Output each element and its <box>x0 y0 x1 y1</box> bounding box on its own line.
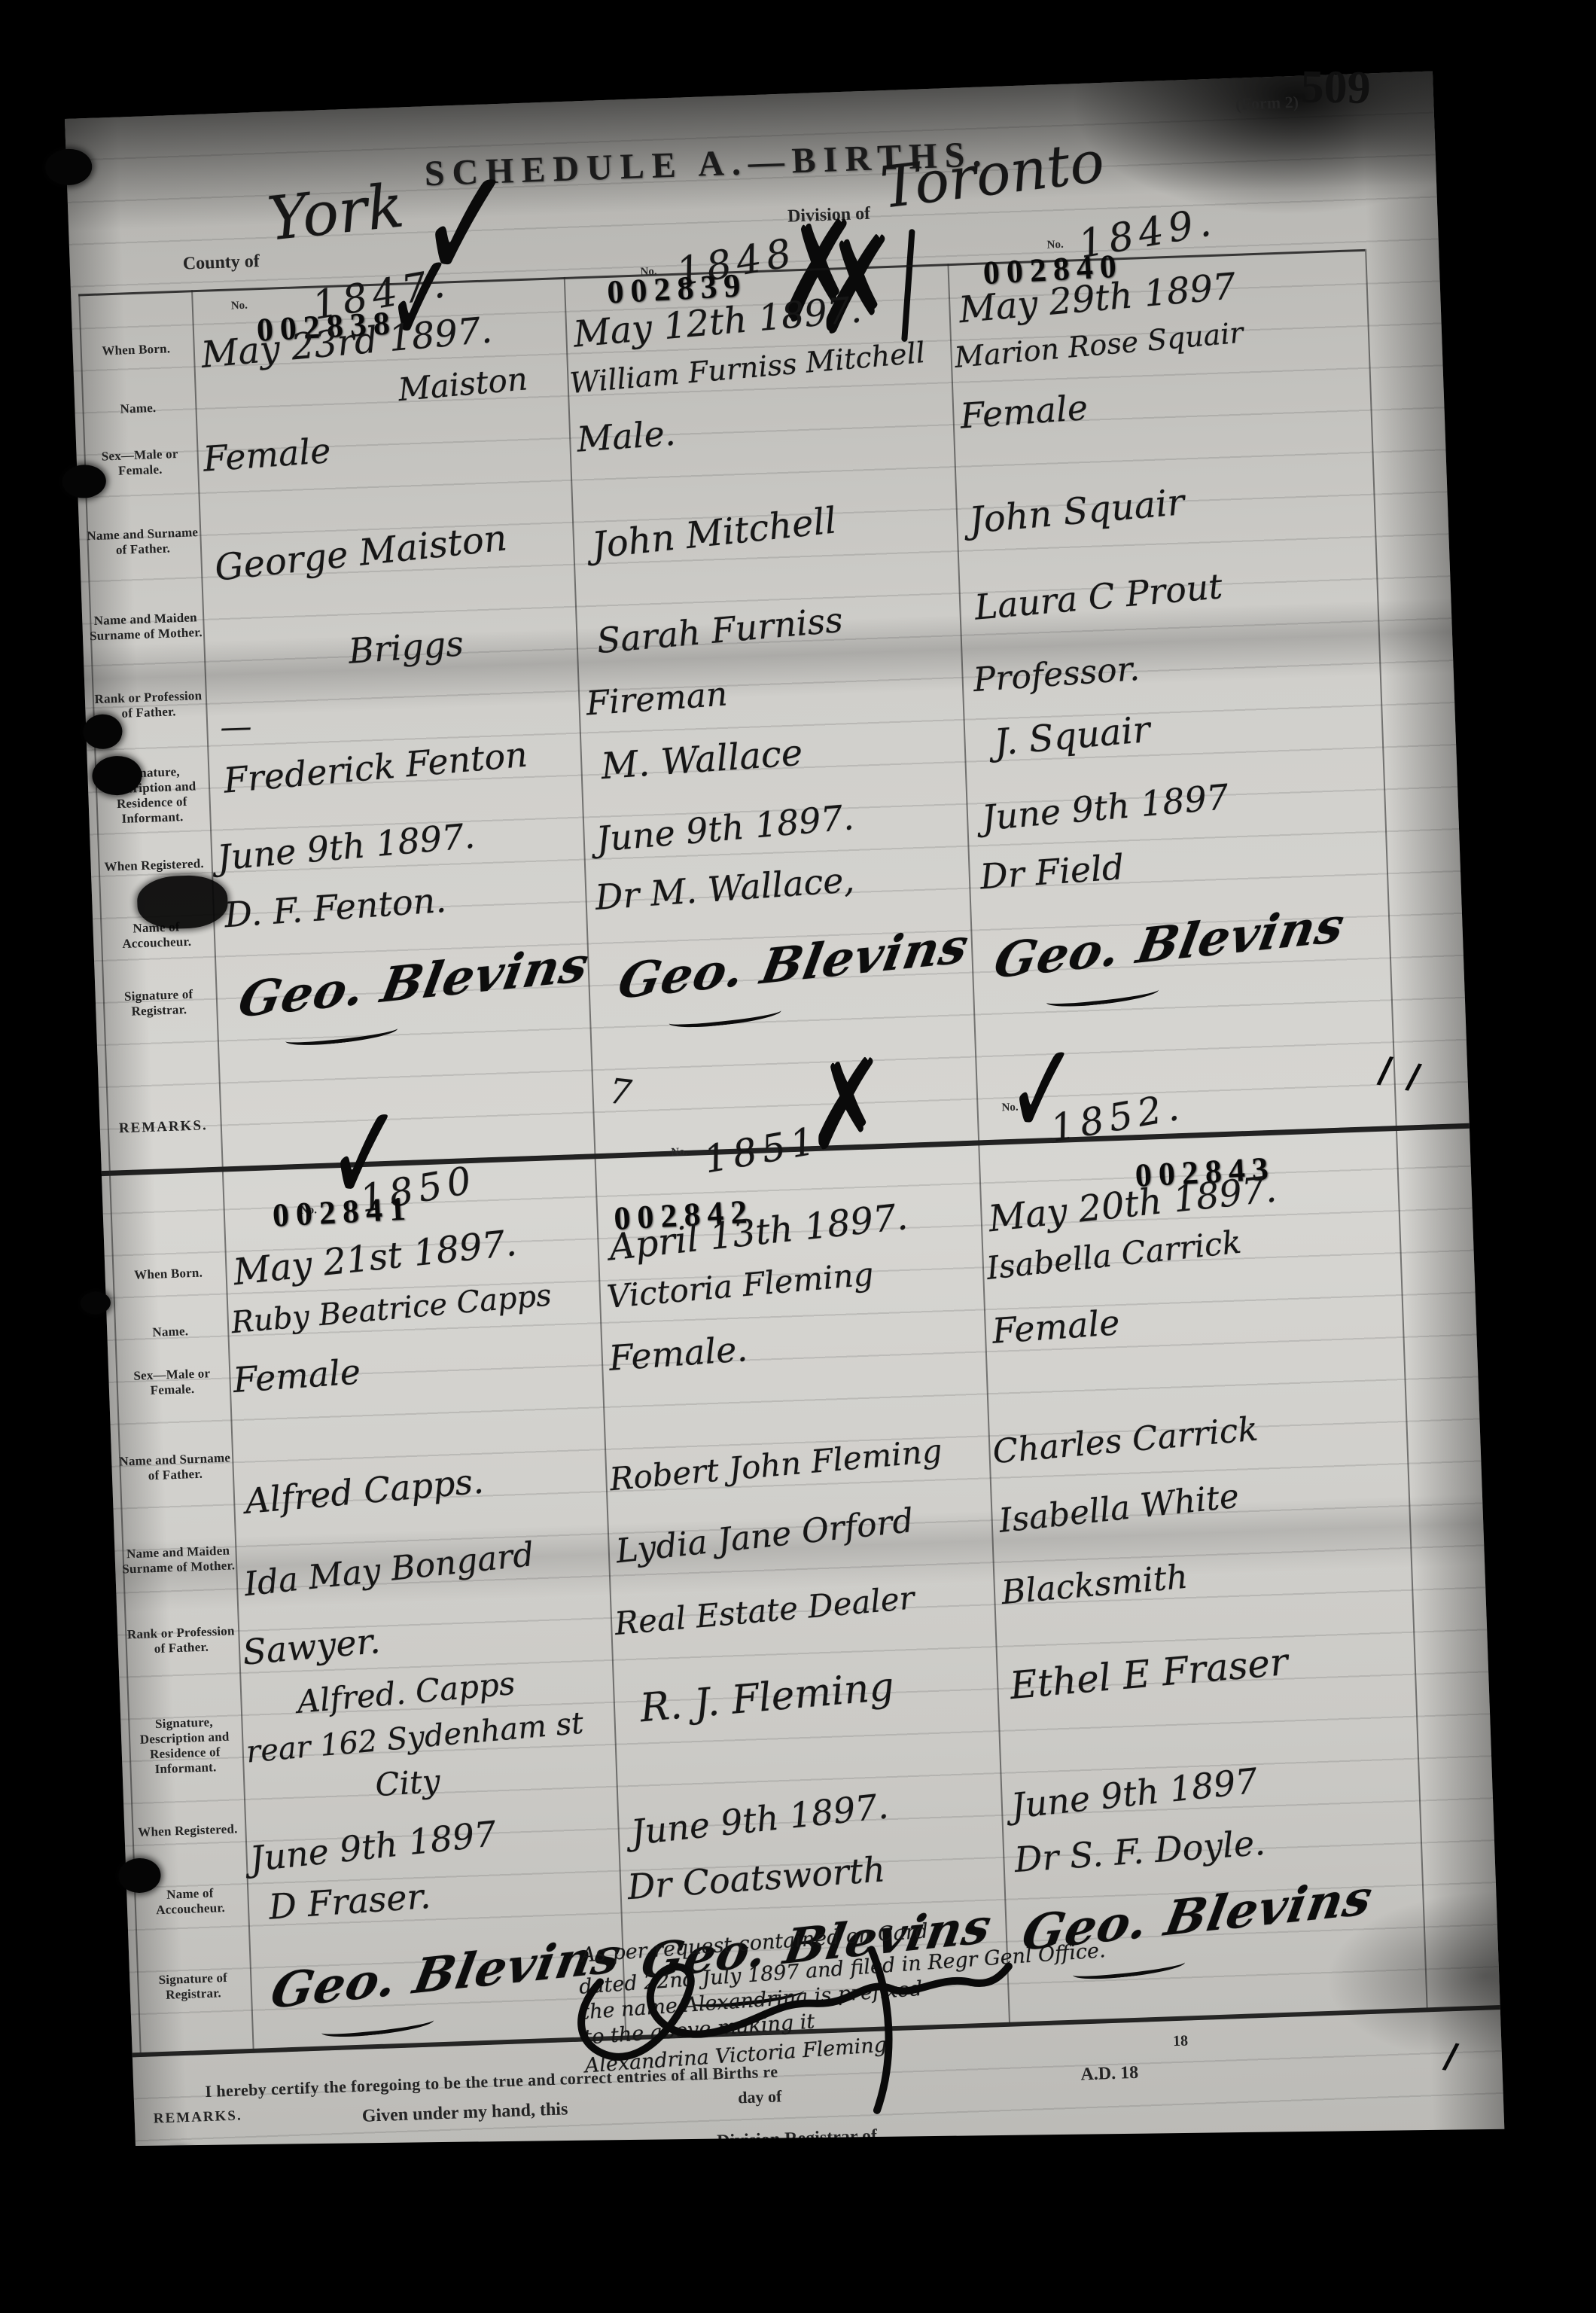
signature-flourish-2 <box>668 1003 781 1031</box>
informant-4-line2: rear 162 Sydenham st <box>245 1706 585 1770</box>
stamp-number-4: 002841 <box>272 1189 413 1235</box>
hand-number-5: 1851 <box>701 1118 824 1181</box>
signature-flourish-3 <box>1046 983 1159 1010</box>
sex-1: Female <box>202 430 332 480</box>
accoucheur-5: Dr Coatsworth <box>626 1848 887 1907</box>
registered-6: June 9th 1897 <box>1010 1760 1259 1827</box>
signature-flourish-1 <box>285 1021 398 1049</box>
registrar-signature-6: Geo. Blevins <box>1018 1870 1377 1962</box>
rank-6: Blacksmith <box>1000 1558 1189 1612</box>
mother-name-2: Sarah Furniss <box>595 599 844 661</box>
mother-name-5: Lydia Jane Orford <box>614 1501 915 1571</box>
row-label-registered-b: When Registered. <box>130 1821 245 1840</box>
informant-2: M. Wallace <box>600 732 804 788</box>
no-label-col1: No. <box>231 300 248 313</box>
sex-3: Female <box>959 387 1089 437</box>
row-label-father: Name and Surname of Father. <box>85 525 200 559</box>
cross-mark-number-5: ✗ <box>804 1042 891 1167</box>
row-label-rank-b: Rank or Profession of Father. <box>123 1623 239 1657</box>
cross-mark-number-2: ✗ <box>810 220 903 355</box>
row-label-sex-b: Sex—Male or Female. <box>114 1365 230 1399</box>
row-label-name-b: Name. <box>113 1322 228 1341</box>
sex-2: Male. <box>575 413 677 460</box>
rank-3: Professor. <box>972 650 1141 699</box>
checkmark-number-6: ✓ <box>1007 1022 1080 1160</box>
accoucheur-4: D Fraser. <box>267 1876 431 1927</box>
bottom-torn-edge <box>107 2129 1584 2278</box>
slash-mark-right: ∕ <box>1376 1052 1394 1089</box>
father-name-4: Alfred Capps. <box>243 1460 485 1522</box>
ink-blot-1 <box>44 148 93 186</box>
father-name-6: Charles Carrick <box>991 1410 1259 1472</box>
sex-6: Female <box>991 1302 1121 1352</box>
mother-name-4: Ida May Bongard <box>242 1535 536 1604</box>
given-under-hand-text: Given under my hand, this <box>361 2099 568 2127</box>
remarks-slash-mark-bottom: ∕ <box>1442 2037 1460 2074</box>
sheet-number: 18 <box>1173 2032 1189 2050</box>
mother-name-3: Laura C Prout <box>973 565 1224 628</box>
registrar-signature-1: Geo. Blevins <box>234 936 593 1029</box>
father-name-1: George Maiston <box>213 517 510 589</box>
registrar-signature-2: Geo. Blevins <box>614 918 973 1010</box>
row-label-mother-b: Name and Maiden Surname of Mother. <box>120 1543 236 1577</box>
remarks-slash-mark-top: ∕ <box>1405 1058 1424 1094</box>
row-label-registrar-b: Signature of Registrar. <box>136 1970 251 2004</box>
registered-3: June 9th 1897 <box>980 776 1230 838</box>
father-name-5: Robert John Fleming <box>608 1432 944 1498</box>
ink-blot-5 <box>80 1291 111 1315</box>
rank-5: Real Estate Dealer <box>613 1579 915 1642</box>
registered-5: June 9th 1897. <box>629 1785 890 1853</box>
father-name-3: John Squair <box>967 481 1186 542</box>
rank-1: — <box>219 708 252 745</box>
ink-blot-2 <box>62 464 107 498</box>
accoucheur-1: D. F. Fenton. <box>223 879 447 935</box>
ledger-page: (Form 2) 509 SCHEDULE A.—BIRTHS. County … <box>65 72 1506 2235</box>
sex-4: Female <box>232 1351 362 1400</box>
informant-4-line1: Alfred. Capps <box>296 1665 517 1720</box>
remarks-tick-mark-top: 7 <box>608 1071 634 1114</box>
ink-blot-3 <box>83 714 123 750</box>
row-label-father-b: Name and Surname of Father. <box>117 1450 233 1484</box>
informant-6: Ethel E Fraser <box>1008 1640 1290 1708</box>
father-name-2: John Mitchell <box>590 499 839 567</box>
registered-1: June 9th 1897. <box>215 815 477 879</box>
mother-name-1: Briggs <box>347 623 464 672</box>
accoucheur-6: Dr S. F. Doyle. <box>1013 1822 1267 1880</box>
row-label-registered: When Registered. <box>96 856 212 875</box>
sex-5: Female. <box>608 1328 749 1379</box>
no-label-col5: No. <box>671 1146 688 1160</box>
registrar-signature-3: Geo. Blevins <box>990 897 1349 989</box>
ad-year-text: A.D. 18 <box>1080 2063 1139 2086</box>
row-label-when-born-b: When Born. <box>111 1264 226 1283</box>
row-label-mother: Name and Maiden Surname of Mother. <box>88 610 203 644</box>
informant-1: Frederick Fenton <box>222 734 529 801</box>
registered-2: June 9th 1897. <box>595 797 856 860</box>
row-label-informant-b: Signature, Description and Residence of … <box>126 1714 243 1778</box>
county-label: County of <box>182 251 260 275</box>
accoucheur-2: Dr M. Wallace, <box>594 859 856 918</box>
arrow-stroke-mark <box>901 229 915 342</box>
row-label-remarks: REMARKS. <box>105 1117 221 1138</box>
informant-3: J. Squair <box>992 709 1152 764</box>
row-label-remarks-b: REMARKS. <box>140 2107 255 2129</box>
row-label-registrar: Signature of Registrar. <box>101 986 216 1020</box>
registered-4: June 9th 1897 <box>248 1813 498 1879</box>
form-number-label: (Form 2) <box>1235 93 1299 114</box>
page-number: 509 <box>1300 60 1371 115</box>
scanned-ledger-screenshot: { "page": { "form_label": "(Form 2)", "p… <box>0 0 1596 2313</box>
signature-flourish-4 <box>321 2013 434 2040</box>
accoucheur-3: Dr Field <box>979 846 1125 897</box>
mother-name-6: Isabella White <box>997 1477 1241 1540</box>
row-label-name: Name. <box>81 399 196 418</box>
informant-5: R. J. Fleming <box>638 1664 896 1731</box>
rank-2: Fireman <box>585 675 729 724</box>
informant-4-line3: City <box>374 1763 441 1804</box>
row-label-when-born: When Born. <box>78 340 193 359</box>
rank-4: Sawyer. <box>241 1620 382 1673</box>
